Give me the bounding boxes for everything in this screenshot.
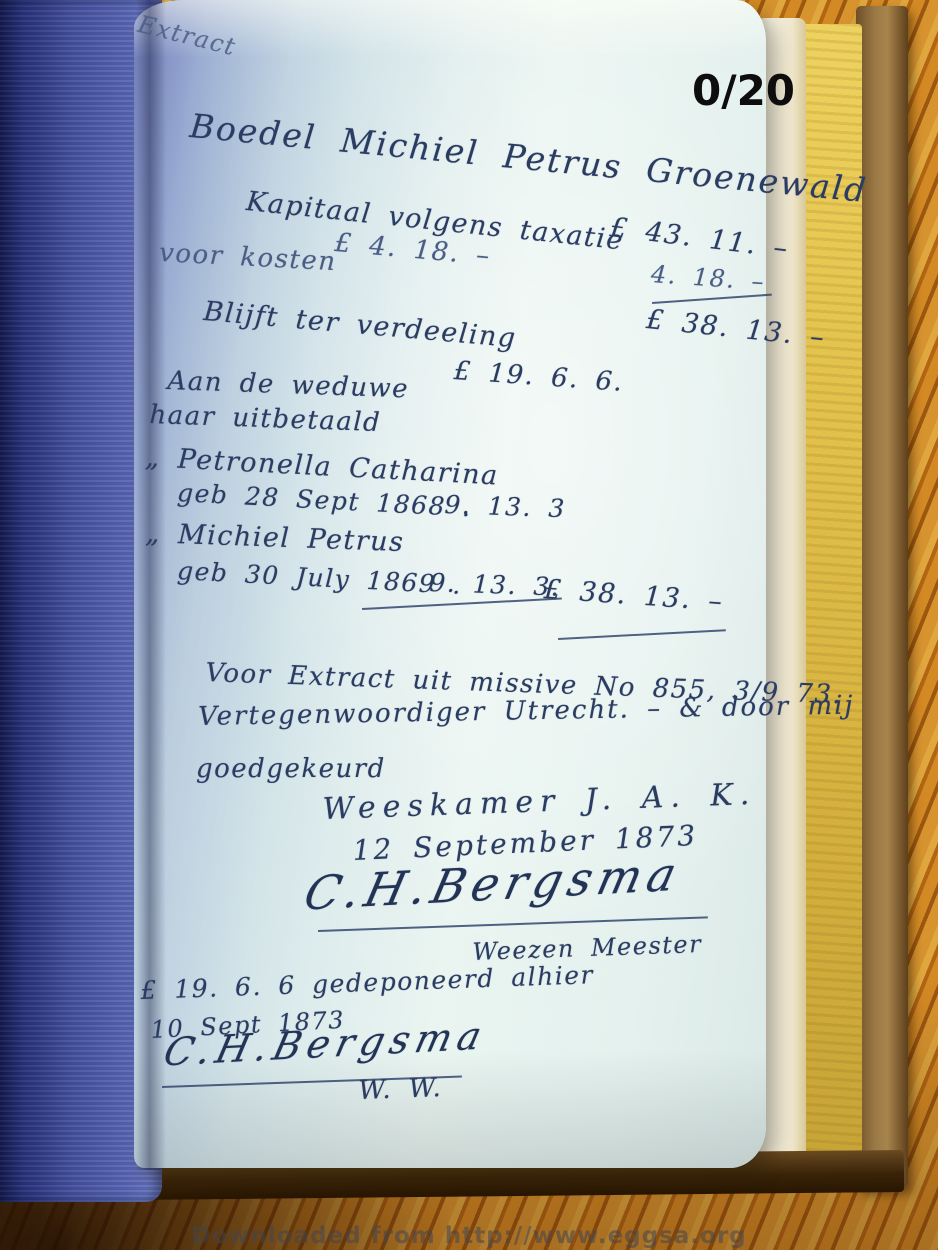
photographed-document: Extract Boedel Michiel Petrus Groenewald… [0,0,938,1250]
ww-initials: W. W. [358,1073,443,1106]
image-counter: 0/20 [692,66,795,115]
child1-share: 9. 13. 3 [444,490,566,523]
child2-share: 9. 13. 3. [429,568,561,602]
watermark-text: Downloaded from http://www.eggsa.org [191,1223,746,1249]
goedgekeurd-line: goedgekeurd [196,754,386,784]
